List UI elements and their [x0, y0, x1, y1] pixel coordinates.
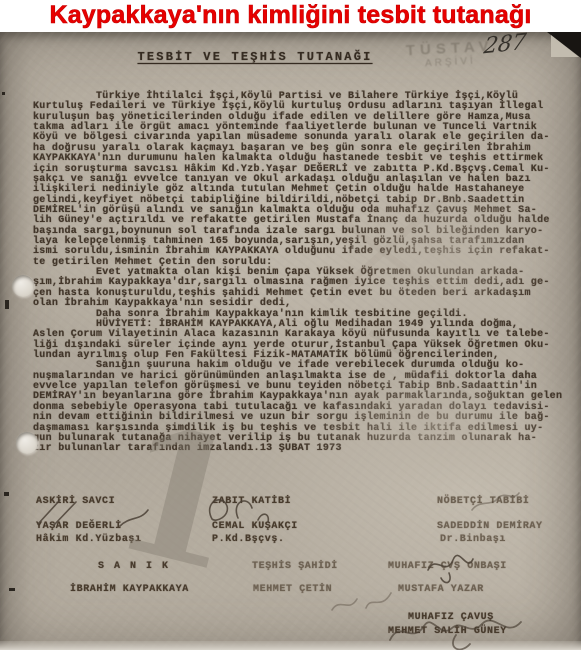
signature-scribble-center — [332, 593, 391, 610]
signature-name-doctor: SADEDDİN DEMİRAY — [437, 521, 543, 532]
document-title: TESBİT VE TEŞHİS TUTANAĞI — [0, 50, 510, 64]
signature-name-witness: MEHMET ÇETİN — [253, 584, 332, 595]
headline-title: Kaypakkaya'nın kimliğini tesbit tutanağı — [0, 0, 581, 32]
signature-role-doctor: NÖBETÇİ TABİBİ — [437, 496, 529, 507]
signature-name-suspect: İBRAHİM KAYPAKKAYA — [70, 584, 189, 595]
handwritten-page-number: 287 — [482, 32, 527, 59]
signature-name-guard-corporal: MUSTAFA YAZAR — [398, 584, 484, 595]
signature-rank-doctor: Dr.Binbaşı — [440, 534, 506, 545]
signature-role-suspect: S A N I K — [98, 561, 170, 572]
document-text-line: olan İbrahim Kaypakkaya'nın sesidir dedi… — [33, 299, 562, 309]
scan-speck — [9, 588, 15, 591]
document-text-line: KAYPAKKAYA'nın durumunu halen kalmakta o… — [33, 154, 562, 164]
scan-speck — [2, 92, 5, 95]
scan-speck — [5, 300, 9, 309]
signature-role-clerk: ZABIT KATİBİ — [212, 496, 291, 507]
signature-name-clerk: CEMAL KUŞAKÇI — [212, 521, 298, 532]
signature-role-guard-corporal: MUHAFIZ ÇVŞ ONBAŞI — [388, 561, 507, 572]
scanned-document: TESBİT VE TEŞHİS TUTANAĞI TÜSTAV ARŞİVİ … — [0, 32, 581, 650]
punch-hole — [12, 275, 34, 297]
corner-fold-paper — [551, 35, 579, 57]
scan-bottom-edge — [0, 641, 581, 650]
page: Kaypakkaya'nın kimliğini tesbit tutanağı… — [0, 0, 581, 650]
punch-hole — [16, 432, 38, 454]
signature-role-witness: TEŞHİS ŞAHİDİ — [252, 561, 338, 572]
signature-role-prosecutor: ASKİRİ SAVCI — [36, 496, 115, 507]
signature-name-guard-sergeant: MEHMET SALİH GÜNEY — [388, 626, 507, 637]
document-text-line: nin devam ettiğinin bildirilmesi ve uzun… — [33, 413, 562, 423]
document-body: Türkiye İhtilalci İşçi,Köylü Partisi ve … — [33, 92, 562, 455]
signature-role-guard-sergeant: MUHAFIZ ÇAVUŞ — [408, 612, 494, 623]
signature-rank-clerk: P.Kd.Bşçvş. — [212, 534, 285, 545]
document-text-line: zır bulunanlar tarafından imzalandı.13 Ş… — [33, 444, 562, 454]
signature-name-prosecutor: YAŞAR DEĞERLİ — [36, 521, 122, 532]
signature-rank-prosecutor: Hâkim Kd.Yüzbaşı — [36, 534, 142, 545]
scan-speck — [4, 492, 9, 496]
